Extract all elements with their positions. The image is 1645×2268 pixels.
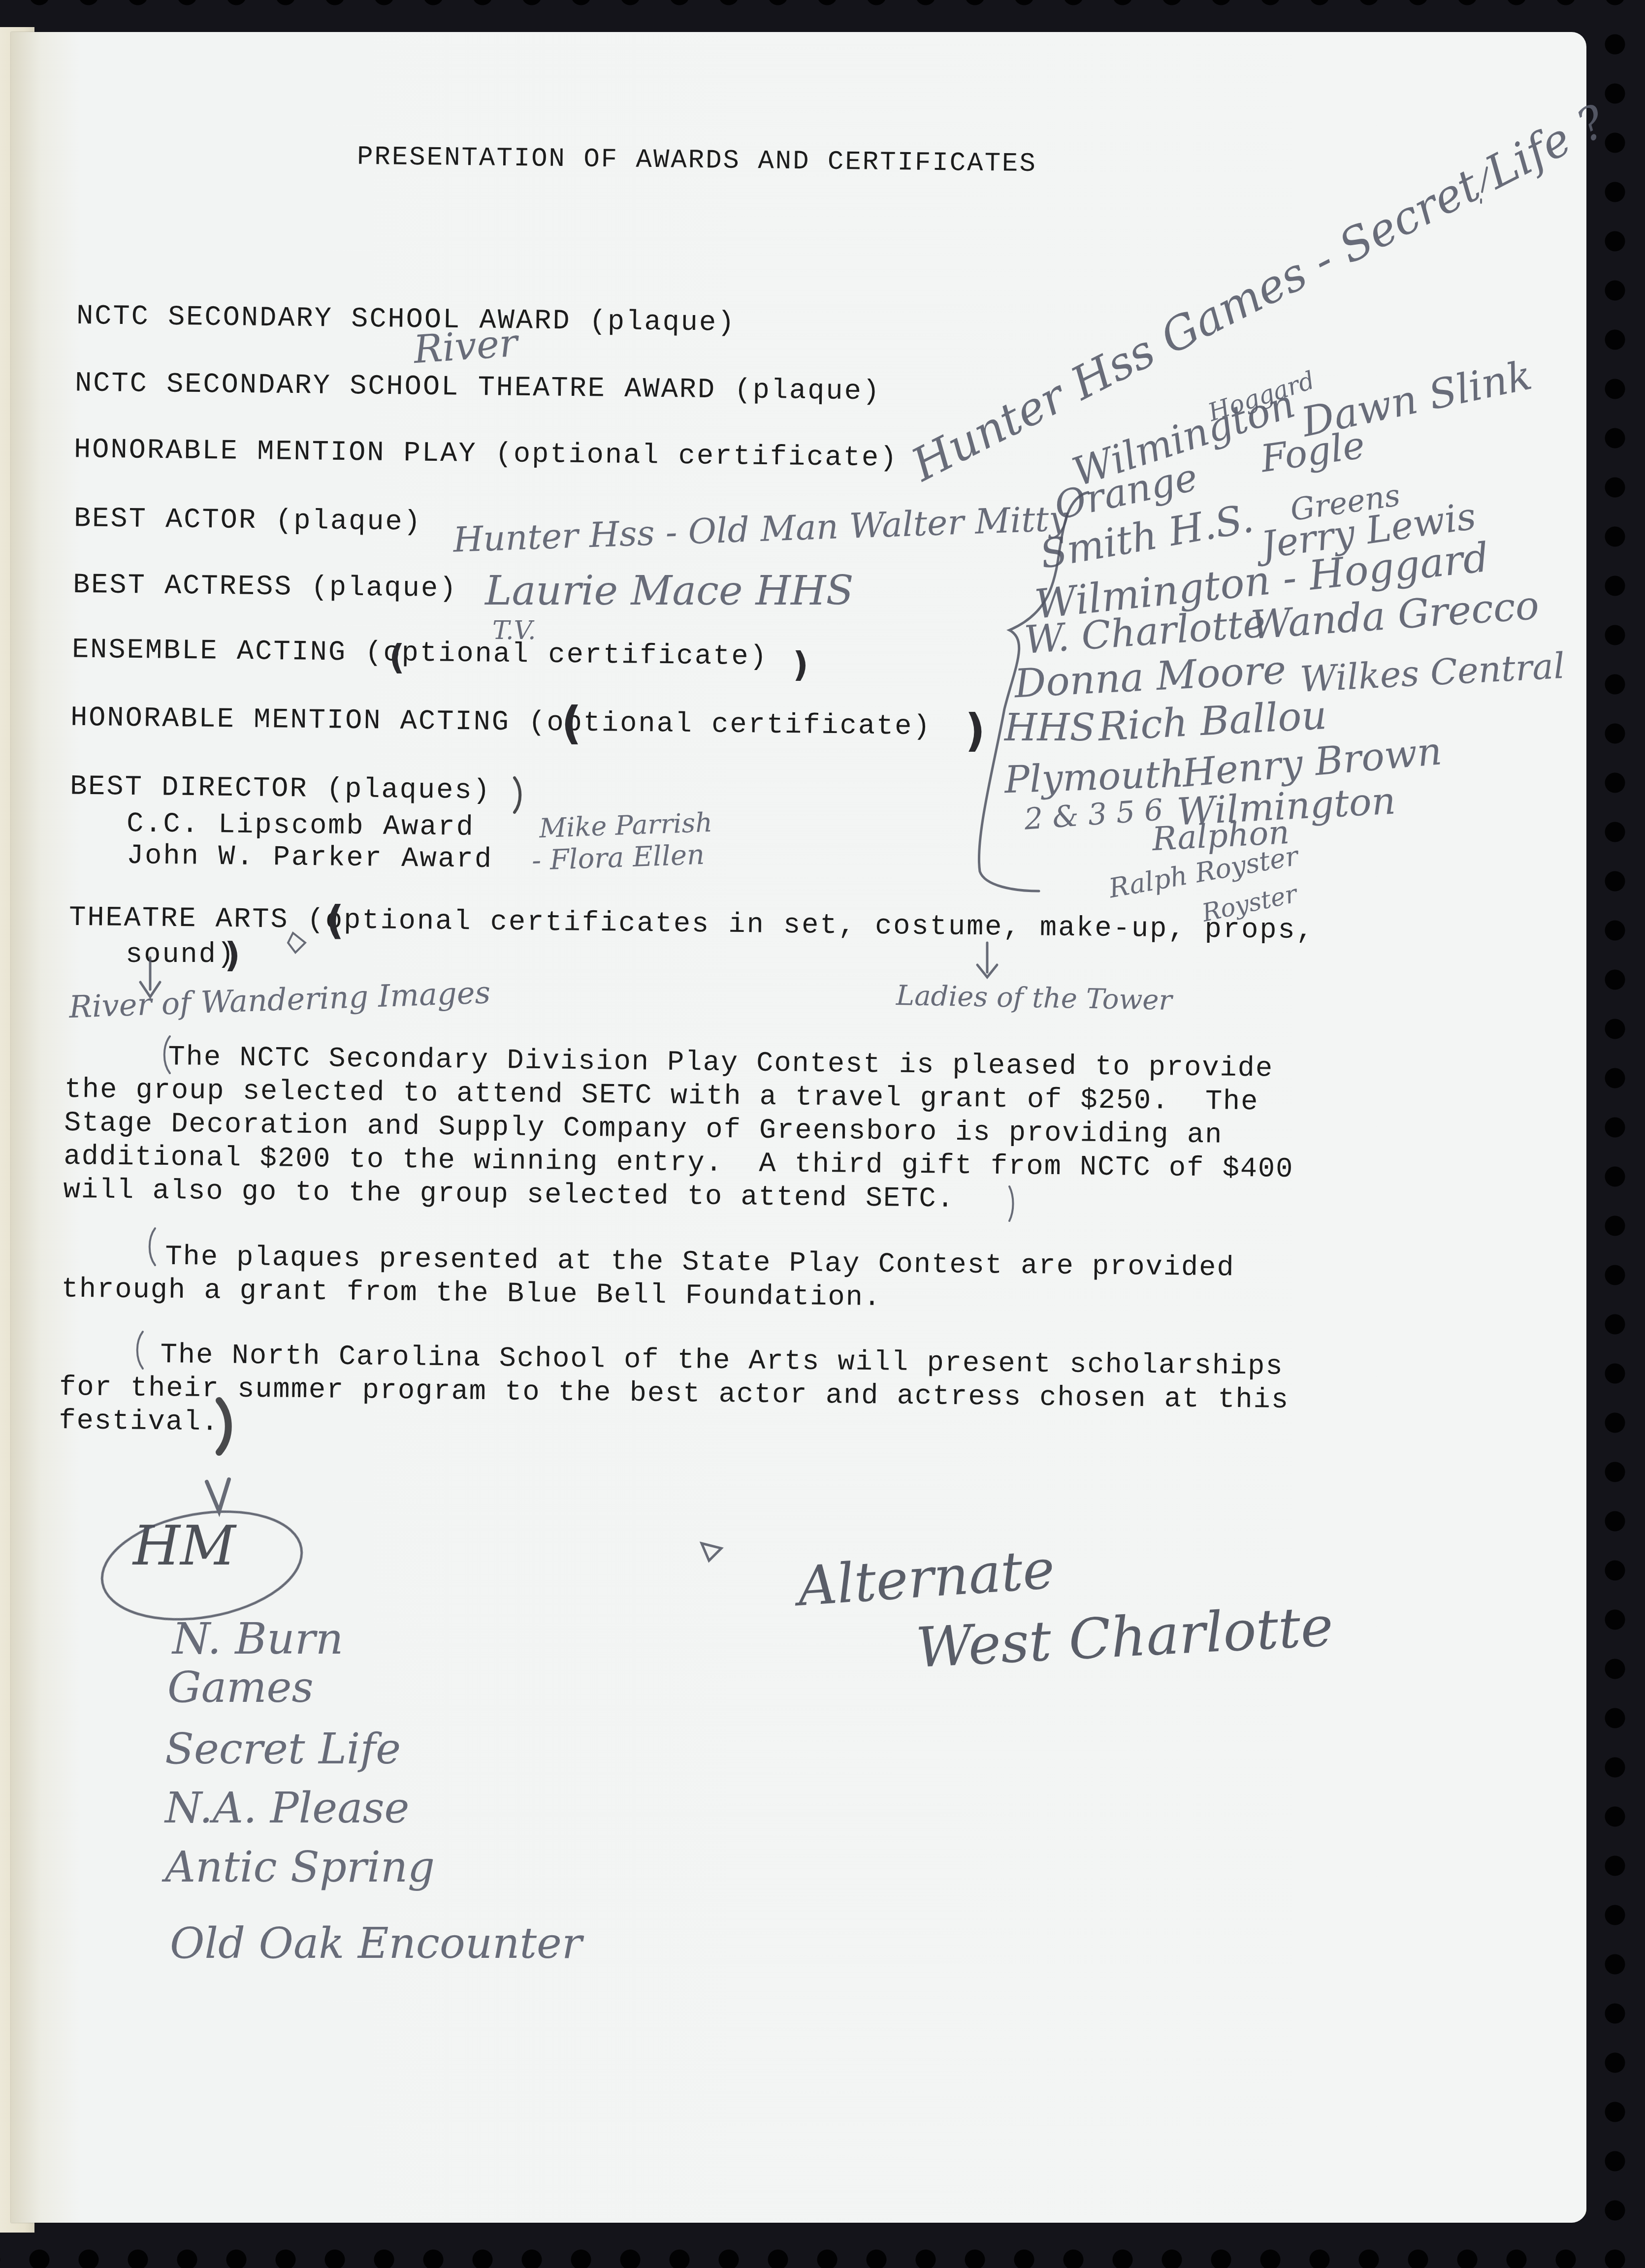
pen-bracket-ensemble-open: ( xyxy=(389,640,405,674)
award-theatre-arts-continuation: sound) xyxy=(126,941,235,969)
award-best-actor: BEST ACTOR (plaque) xyxy=(74,505,422,537)
note-hm-secret-life: Secret Life xyxy=(165,1728,401,1770)
paragraph-scholarships: The North Carolina School of the Arts wi… xyxy=(59,1338,1290,1451)
paragraph-travel-grant: The NCTC Secondary Division Play Contest… xyxy=(63,1040,1295,1220)
note-river: River xyxy=(413,324,519,370)
note-plymouth: Plymouth xyxy=(1004,755,1185,799)
award-secondary-school: NCTC SECONDARY SCHOOL AWARD (plaque) xyxy=(76,303,736,338)
award-parker: John W. Parker Award xyxy=(127,842,493,874)
note-hhs: HHS xyxy=(1004,709,1096,746)
note-hm-heading: HM xyxy=(133,1519,236,1573)
pen-bracket-theatre-arts-close: ) xyxy=(225,938,240,972)
pen-bracket-hm-acting-open: ( xyxy=(561,702,581,746)
pen-bracket-hm-acting-close: ) xyxy=(965,709,985,753)
award-lipscomb: C.C. Lipscomb Award xyxy=(127,810,475,842)
note-hm-old-oak-encounter: Old Oak Encounter xyxy=(170,1922,582,1965)
award-ensemble-acting: ENSEMBLE ACTING (optional certificate) xyxy=(72,637,768,672)
paragraph-plaques: The plaques presented at the State Play … xyxy=(61,1240,1235,1319)
award-best-director: BEST DIRECTOR (plaques) xyxy=(70,773,491,806)
note-ladies-of-the-tower: Ladies of the Tower xyxy=(896,982,1172,1015)
note-best-actress: Laurie Mace HHS xyxy=(485,571,854,611)
note-lipscomb-winner: Mike Parrish xyxy=(539,809,713,842)
pen-bracket-ensemble-close: ) xyxy=(793,647,808,682)
page-title: PRESENTATION OF AWARDS AND CERTIFICATES xyxy=(357,144,1037,178)
note-hm-games: Games xyxy=(167,1666,314,1709)
note-hm-antic-spring: Antic Spring xyxy=(165,1846,435,1888)
note-parker-winner: - Flora Ellen xyxy=(531,841,705,875)
note-hm-na-please: N.A. Please xyxy=(165,1787,409,1829)
note-alternate: Alternate xyxy=(796,1542,1057,1614)
award-best-actress: BEST ACTRESS (plaque) xyxy=(73,572,458,604)
note-numbers: 2 & 3 5 6 xyxy=(1023,795,1164,834)
note-hm-n-burn: N. Burn xyxy=(172,1617,343,1661)
note-rich-ballou: Rich Ballou xyxy=(1097,696,1327,747)
note-ensemble-tv: T.V. xyxy=(492,618,536,643)
pen-bracket-theatre-arts-open: ( xyxy=(326,901,344,940)
